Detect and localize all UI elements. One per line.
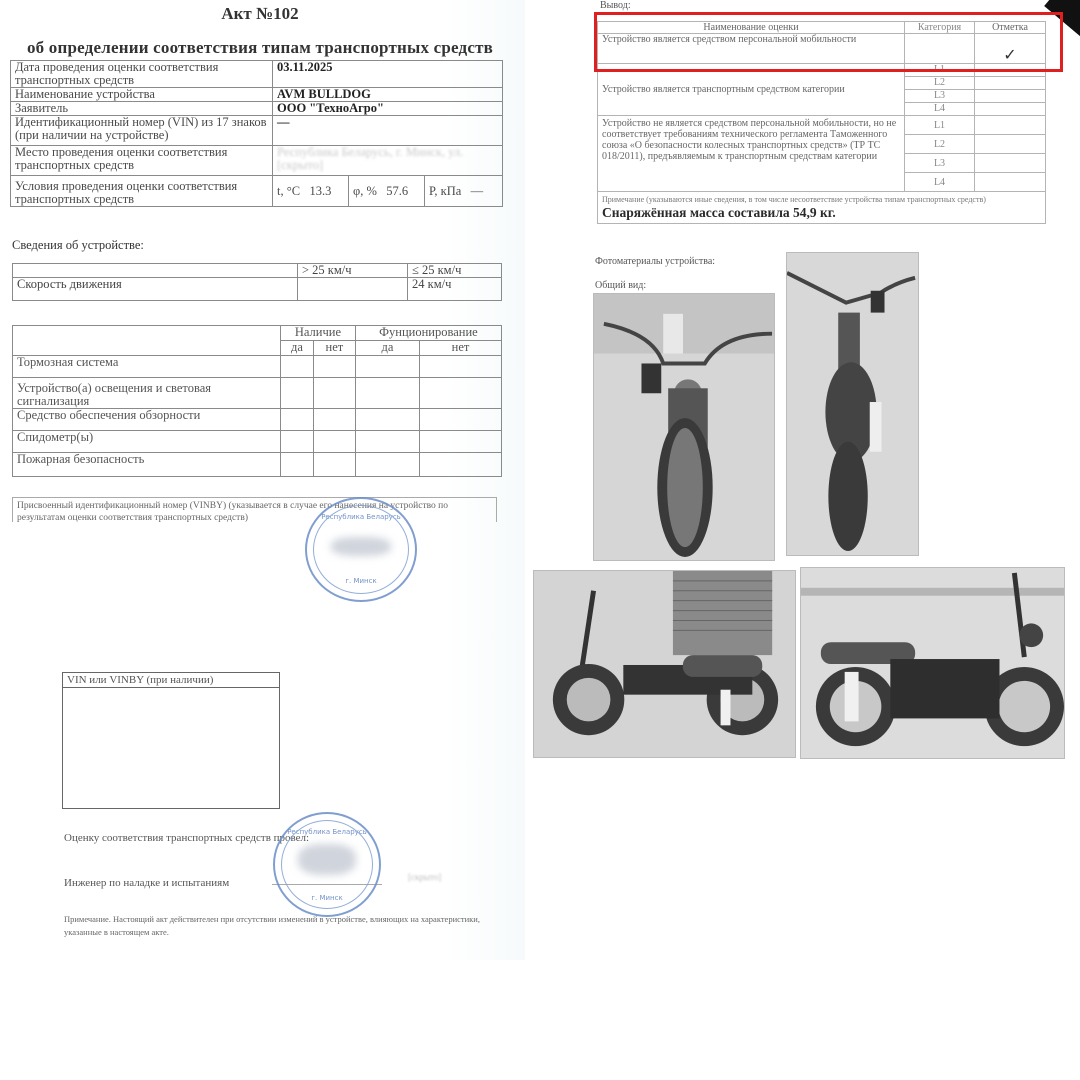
- temperature-value: 13.3: [309, 184, 331, 198]
- cell: [313, 378, 355, 409]
- motorbike-front-icon: [594, 294, 774, 560]
- table-row: Место проведения оценки соответствия тра…: [11, 146, 503, 176]
- table-row: Условия проведения оценки соответствия т…: [11, 176, 503, 207]
- pressure-cell: Р, кПа —: [425, 176, 503, 207]
- conclusion-note: Примечание (указываются иные сведения, в…: [598, 192, 1046, 224]
- cell: [281, 356, 314, 378]
- function-no-header: нет: [420, 341, 502, 356]
- mark-cell: [975, 154, 1046, 173]
- humidity-value: 57.6: [386, 184, 408, 198]
- vin-value: —: [273, 116, 503, 146]
- general-view-heading: Общий вид:: [595, 280, 646, 291]
- table-row: Заявитель ООО "ТехноАгро": [11, 102, 503, 116]
- cell: [420, 378, 502, 409]
- table-row: Тормозная система: [13, 356, 502, 378]
- temperature-label: t, °C: [277, 184, 300, 198]
- mark-cell: [975, 90, 1046, 103]
- device-info-heading: Сведения об устройстве:: [12, 238, 144, 253]
- mark-cell: [975, 135, 1046, 154]
- function-yes-header: да: [355, 341, 419, 356]
- table-row: > 25 км/ч ≤ 25 км/ч: [13, 264, 502, 278]
- cell: [313, 356, 355, 378]
- motorbike-side-icon: [801, 568, 1064, 758]
- features-table: Наличие Фунционирование да нет да нет То…: [12, 325, 502, 477]
- cell: [355, 356, 419, 378]
- applicant-label: Заявитель: [11, 102, 273, 116]
- engineer-label: Инженер по наладке и испытаниям: [64, 877, 229, 889]
- photo-front-view: [593, 293, 775, 561]
- mark-cell: [975, 103, 1046, 116]
- mark-cell: [975, 173, 1046, 192]
- function-header: Фунционирование: [355, 326, 501, 341]
- humidity-cell: φ, % 57.6: [349, 176, 425, 207]
- note-prefix: Примечание (указываются иные сведения, в…: [602, 195, 986, 204]
- signature-stamp: Республика Беларусь г. Минск: [273, 812, 381, 917]
- photo-left-side-view: [533, 570, 796, 758]
- device-name-value: AVM BULLDOG: [273, 88, 503, 102]
- table-row: Устройство не является средством персона…: [598, 116, 1046, 135]
- cell: [355, 453, 419, 477]
- cell: [313, 453, 355, 477]
- cell: [313, 409, 355, 431]
- vinby-field: Присвоенный идентификационный номер (VIN…: [12, 497, 497, 522]
- feature-visibility: Средство обеспечения обзорности: [13, 409, 281, 431]
- assessment-non-compliant: Устройство не является средством персона…: [598, 116, 905, 192]
- table-row: Средство обеспечения обзорности: [13, 409, 502, 431]
- cell: [313, 431, 355, 453]
- humidity-label: φ, %: [353, 184, 377, 198]
- cell: [355, 378, 419, 409]
- act-page-1: Акт №102 об определении соответствия тип…: [0, 0, 525, 960]
- presence-header: Наличие: [281, 326, 356, 341]
- motorbike-rear-icon: [787, 253, 918, 555]
- cell: [355, 409, 419, 431]
- cell: [420, 409, 502, 431]
- motorbike-side-icon: [534, 571, 795, 757]
- validity-note: Примечание. Настоящий акт действителен п…: [64, 913, 484, 939]
- photo-rear-view: [786, 252, 919, 556]
- category-cell: L3: [905, 154, 975, 173]
- cell: [281, 431, 314, 453]
- pressure-label: Р, кПа: [429, 184, 461, 198]
- device-name-label: Наименование устройства: [11, 88, 273, 102]
- presence-no-header: нет: [313, 341, 355, 356]
- table-row: Дата проведения оценки соответствия тран…: [11, 61, 503, 88]
- speed-header-le25: ≤ 25 км/ч: [408, 264, 502, 278]
- device-info-table: Дата проведения оценки соответствия тран…: [10, 60, 503, 207]
- vin-vinby-box: VIN или VINBY (при наличии): [62, 672, 280, 809]
- temperature-cell: t, °C 13.3: [273, 176, 349, 207]
- speed-header-gt25: > 25 км/ч: [298, 264, 408, 278]
- cell: [281, 378, 314, 409]
- cell: [281, 409, 314, 431]
- speed-table: > 25 км/ч ≤ 25 км/ч Скорость движения 24…: [12, 263, 502, 301]
- category-cell: L2: [905, 135, 975, 154]
- table-row: Спидометр(ы): [13, 431, 502, 453]
- pressure-value: —: [471, 184, 484, 198]
- mark-cell: [975, 116, 1046, 135]
- location-label: Место проведения оценки соответствия тра…: [11, 146, 273, 176]
- conditions-label: Условия проведения оценки соответствия т…: [11, 176, 273, 207]
- act-subtitle: об определении соответствия типам трансп…: [0, 38, 520, 58]
- feature-brakes: Тормозная система: [13, 356, 281, 378]
- cell: [420, 453, 502, 477]
- speed-value-gt25: [298, 278, 408, 301]
- speed-header-empty: [13, 264, 298, 278]
- table-row: Пожарная безопасность: [13, 453, 502, 477]
- table-header-row: Наличие Фунционирование: [13, 326, 502, 341]
- table-row: Наименование устройства AVM BULLDOG: [11, 88, 503, 102]
- vin-box-label: VIN или VINBY (при наличии): [63, 673, 279, 688]
- feature-lighting: Устройство(а) освещения и световая сигна…: [13, 378, 281, 409]
- feature-speedometer: Спидометр(ы): [13, 431, 281, 453]
- presence-yes-header: да: [281, 341, 314, 356]
- applicant-value: ООО "ТехноАгро": [273, 102, 503, 116]
- cell: [420, 431, 502, 453]
- speed-value-le25: 24 км/ч: [408, 278, 502, 301]
- category-cell: L2: [905, 77, 975, 90]
- curb-weight-note: Снаряжённая масса составила 54,9 кг.: [602, 205, 836, 220]
- location-value: Республика Беларусь, г. Минск, ул. [скры…: [273, 146, 503, 176]
- cell: [281, 453, 314, 477]
- vin-label: Идентификационный номер (VIN) из 17 знак…: [11, 116, 273, 146]
- company-stamp: Республика Беларусь г. Минск: [305, 497, 417, 602]
- feature-fire-safety: Пожарная безопасность: [13, 453, 281, 477]
- features-header-empty: [13, 326, 281, 356]
- speed-row-label: Скорость движения: [13, 278, 298, 301]
- highlight-annotation: [594, 12, 1063, 72]
- conclusion-heading: Вывод:: [600, 0, 631, 11]
- signature-heading: Оценку соответствия транспортных средств…: [64, 832, 309, 844]
- cell: [420, 356, 502, 378]
- table-row: Устройство(а) освещения и световая сигна…: [13, 378, 502, 409]
- table-row: Идентификационный номер (VIN) из 17 знак…: [11, 116, 503, 146]
- date-value: 03.11.2025: [273, 61, 503, 88]
- category-cell: L1: [905, 116, 975, 135]
- engineer-name: [скрыто]: [408, 872, 441, 882]
- category-cell: L4: [905, 173, 975, 192]
- mark-cell: [975, 77, 1046, 90]
- cell: [355, 431, 419, 453]
- table-row-note: Примечание (указываются иные сведения, в…: [598, 192, 1046, 224]
- table-row: Скорость движения 24 км/ч: [13, 278, 502, 301]
- photo-right-side-view: [800, 567, 1065, 759]
- photos-heading: Фотоматериалы устройства:: [595, 256, 715, 267]
- category-cell: L3: [905, 90, 975, 103]
- category-cell: L4: [905, 103, 975, 116]
- act-title: Акт №102: [0, 4, 520, 24]
- date-label: Дата проведения оценки соответствия тран…: [11, 61, 273, 88]
